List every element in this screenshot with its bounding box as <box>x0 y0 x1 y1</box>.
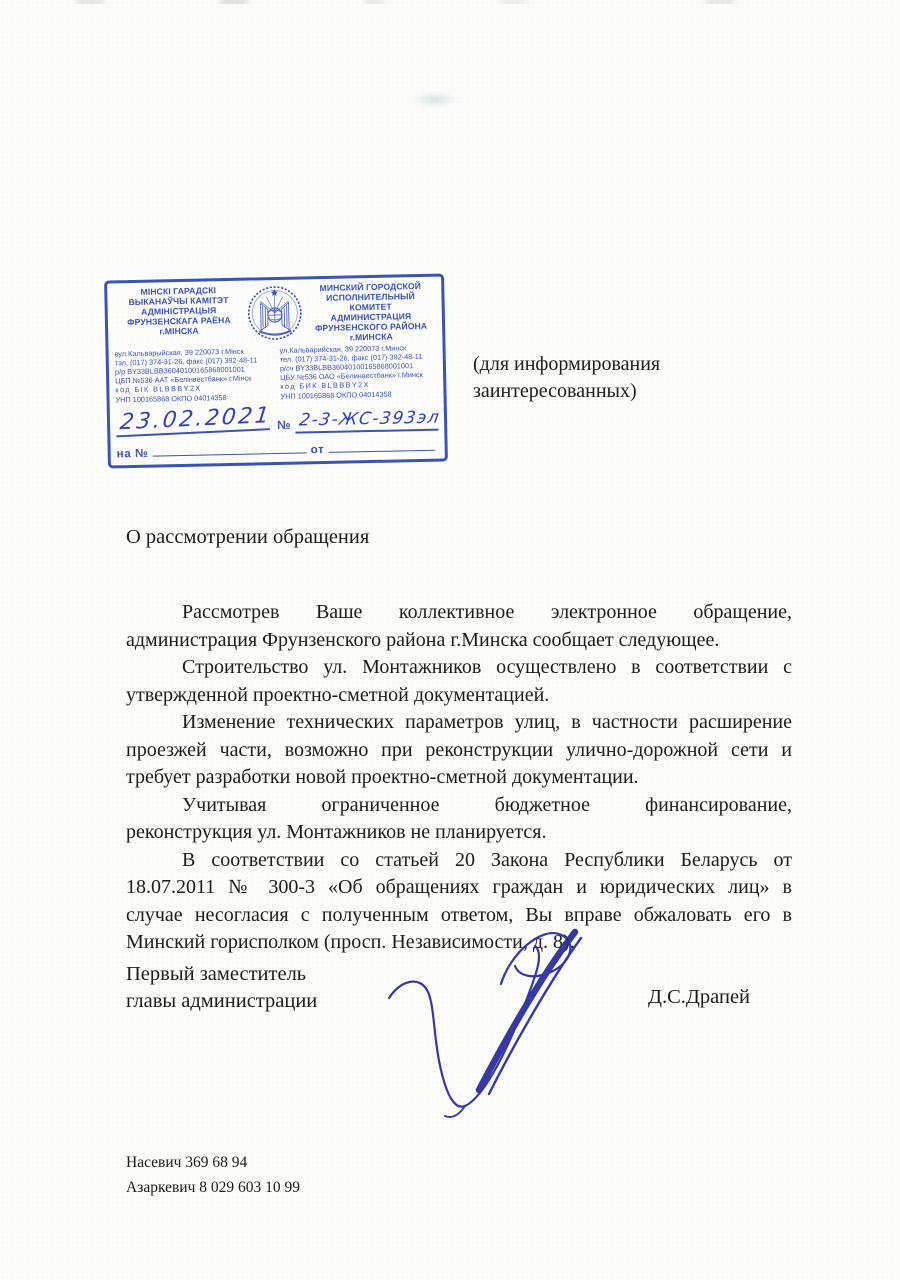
stamp-address-block: вул.Кальварыйская, 39 220073 г.Мінск тэл… <box>115 343 438 404</box>
scan-edge-artifact <box>0 0 900 4</box>
executor-contacts: Насевич 369 68 94 Азаркевич 8 029 603 10… <box>126 1150 300 1200</box>
incoming-number-label: на № <box>117 447 149 460</box>
letter-line: реконструкция ул. Монтажников не планиру… <box>126 819 792 847</box>
stamp-headings: МІНСКІ ГАРАДСКІ ВЫКАНАЎЧЫ КАМІТЭТ АДМІНІ… <box>113 281 436 348</box>
letter-line: проезжей части, возможно при реконструкц… <box>126 737 792 765</box>
contact-line: Насевич 369 68 94 <box>126 1150 300 1175</box>
signature-ink <box>383 918 613 1123</box>
letter-line: Строительство ул. Монтажников осуществле… <box>126 654 792 682</box>
stamp-title-russian: МИНСКИЙ ГОРОДСКОЙ ИСПОЛНИТЕЛЬНЫЙ КОМИТЕТ… <box>305 281 436 344</box>
annotation-note: (для информирования заинтересованных) <box>473 351 758 405</box>
letter-line: требует разработки новой проектно-сметно… <box>126 764 792 792</box>
scanned-letter-page: { "colors": { "stamp_blue": "#2c47b4", "… <box>0 0 900 1280</box>
scan-smudge-artifact <box>412 92 458 107</box>
from-label: от <box>311 444 325 456</box>
stamp-title-line: ИСПОЛНИТЕЛЬНЫЙ КОМИТЕТ <box>305 291 435 314</box>
signer-title-line: Первый заместитель <box>126 961 317 988</box>
letter-line: Учитывая ограниченное бюджетное финансир… <box>126 792 792 820</box>
stamp-incoming-row: на № от <box>116 436 438 460</box>
stamp-address-belarusian: вул.Кальварыйская, 39 220073 г.Мінск тэл… <box>115 346 273 404</box>
number-sign-label: № <box>269 417 296 434</box>
letter-line: Рассмотрев Ваше коллективное электронное… <box>126 599 792 627</box>
blank-rule <box>328 448 434 452</box>
letter-line: администрация Фрунзенского района г.Минс… <box>126 627 792 655</box>
letter-line: В соответствии со статьей 20 Закона Респ… <box>126 847 792 875</box>
signer-title-line: главы администрации <box>126 988 317 1015</box>
letter-line: утвержденной проектно-сметной документац… <box>126 682 792 710</box>
handwritten-registration-number: 2-3-ЖС-393эл <box>296 409 442 433</box>
stamp-title-belarusian: МІНСКІ ГАРАДСКІ ВЫКАНАЎЧЫ КАМІТЭТ АДМІНІ… <box>113 285 244 338</box>
subject-line: О рассмотрении обращения <box>126 526 369 549</box>
signer-title: Первый заместитель главы администрации <box>126 961 317 1015</box>
blank-rule <box>152 451 306 456</box>
stamp-registration-row: 23.02.2021 № 2-3-ЖС-393эл <box>116 400 439 437</box>
contact-line: Азаркевич 8 029 603 10 99 <box>126 1175 300 1200</box>
letter-body: Рассмотрев Ваше коллективное электронное… <box>126 599 792 957</box>
coat-of-arms-icon <box>246 284 303 341</box>
org-registration-stamp: МІНСКІ ГАРАДСКІ ВЫКАНАЎЧЫ КАМІТЭТ АДМІНІ… <box>104 273 448 468</box>
handwritten-date: 23.02.2021 <box>116 405 272 437</box>
letter-line: Изменение технических параметров улиц, в… <box>126 709 792 737</box>
letter-line: 18.07.2011 № 300-3 «Об обращениях гражда… <box>126 874 792 902</box>
signer-name: Д.С.Драпей <box>648 986 750 1009</box>
stamp-address-russian: ул.Кальварийская, 39 220073 г.Минск тел.… <box>279 343 437 401</box>
